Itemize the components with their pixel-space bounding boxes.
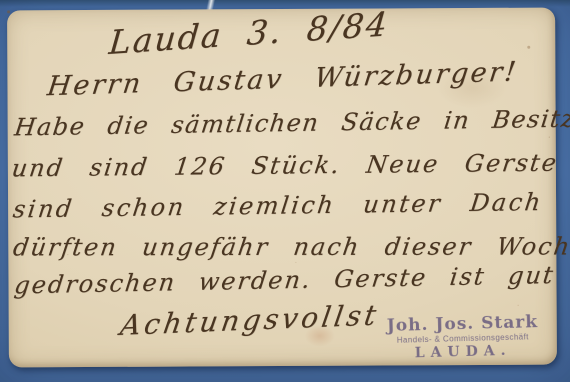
postcard-photo: Lauda 3. 8/84 Herrn Gustav Würzburger! H… bbox=[0, 0, 570, 382]
stamp-city-line: LAUDA. bbox=[381, 343, 545, 363]
handwritten-body-line: gedroschen werden. Gerste ist gut bbox=[13, 261, 557, 299]
handwritten-body-line: sind schon ziemlich unter Dach und bbox=[11, 187, 570, 224]
handwritten-signoff: Achtungsvollst bbox=[118, 298, 382, 342]
postcard: Lauda 3. 8/84 Herrn Gustav Würzburger! H… bbox=[7, 8, 557, 368]
handwritten-body-line: dürften ungefähr nach dieser Woche bbox=[11, 232, 570, 261]
merchant-stamp: Joh. Jos. Stark Handels- & Commissionsge… bbox=[380, 313, 545, 363]
handwritten-body-line: Habe die sämtlichen Säcke in Besitz bbox=[13, 105, 570, 142]
paper-speckles bbox=[7, 10, 10, 13]
handwritten-dateline: Lauda 3. 8/84 bbox=[107, 4, 390, 62]
handwritten-body-line: und sind 126 Stück. Neue Gerste bbox=[10, 149, 560, 183]
